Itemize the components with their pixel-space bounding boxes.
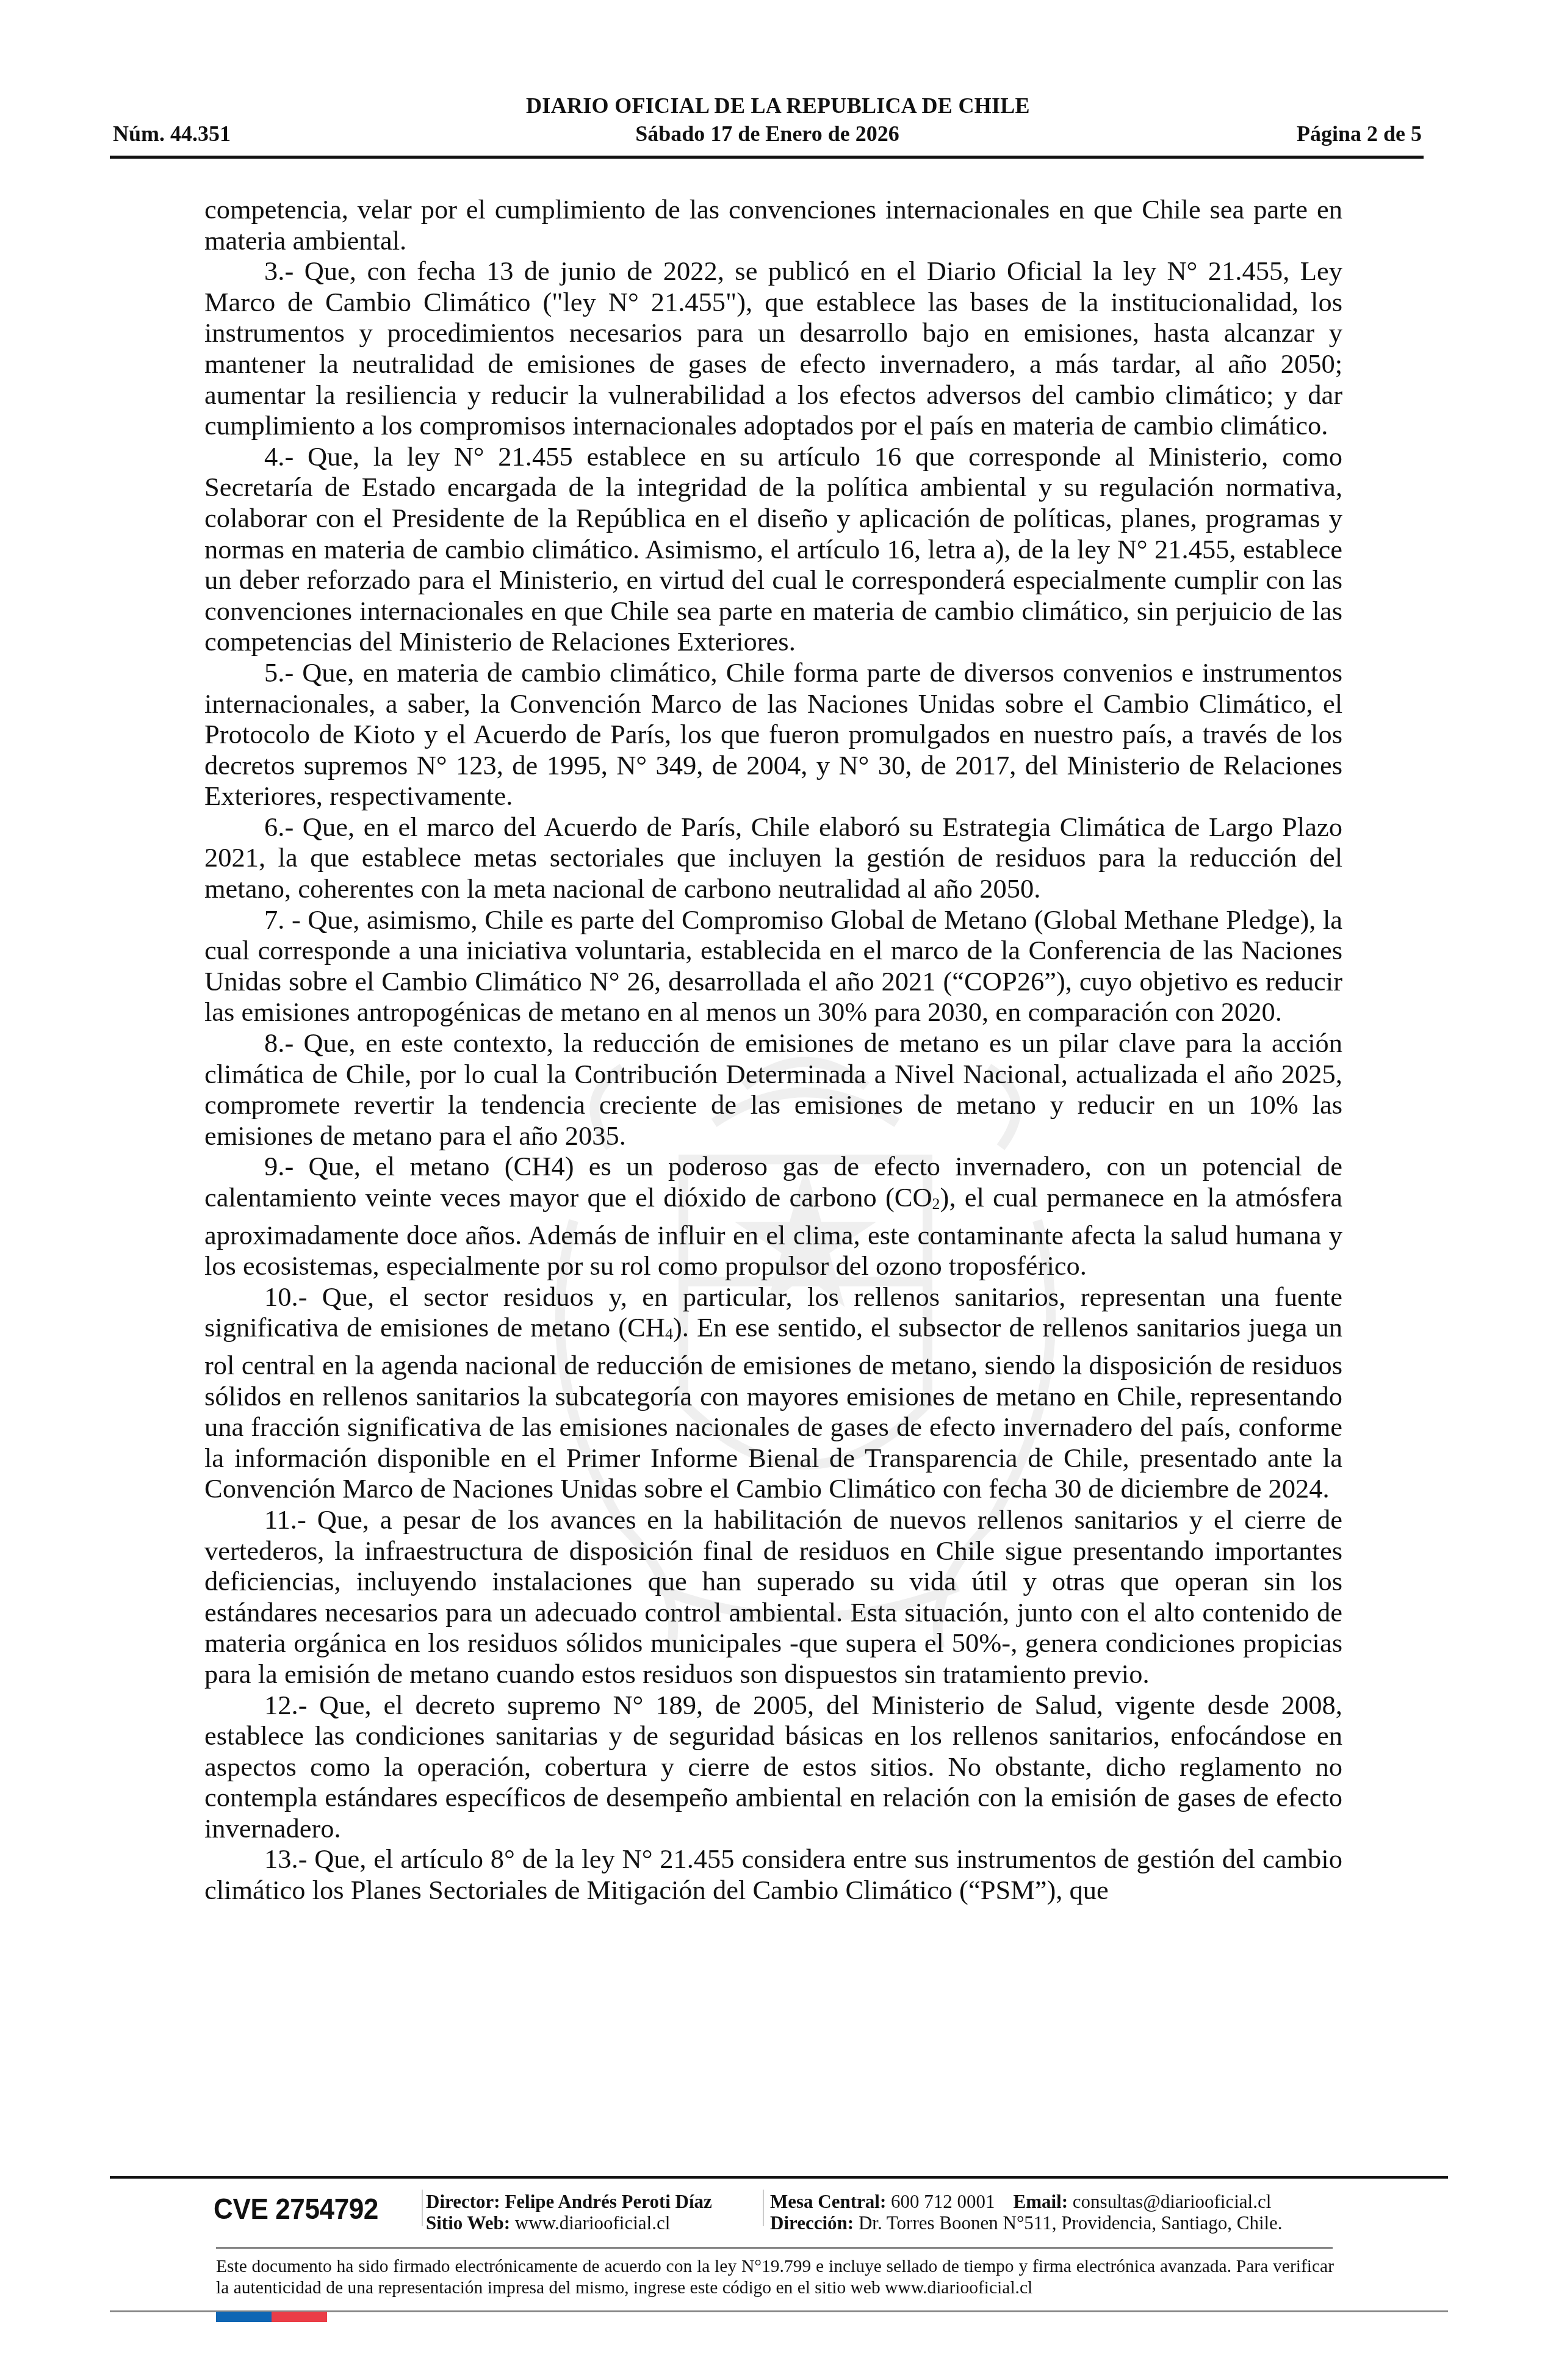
paragraph-7: 7. - Que, asimismo, Chile es parte del C… [204,904,1342,1028]
paragraph-11: 11.- Que, a pesar de los avances en la h… [204,1504,1342,1690]
paragraph-6: 6.- Que, en el marco del Acuerdo de Parí… [204,812,1342,904]
document-body: competencia, velar por el cumplimiento d… [204,194,1342,1906]
address-value: Dr. Torres Boonen N°511, Providencia, Sa… [859,2212,1283,2234]
paragraph-8: 8.- Que, en este contexto, la reducción … [204,1028,1342,1151]
footer-top-divider [110,2176,1448,2179]
paragraph-3: 3.- Que, con fecha 13 de junio de 2022, … [204,256,1342,441]
subscript: 4 [665,1325,673,1343]
paragraph-12: 12.- Que, el decreto supremo N° 189, de … [204,1690,1342,1844]
paragraph-10: 10.- Que, el sector residuos y, en parti… [204,1282,1342,1504]
email-link[interactable]: consultas@diariooficial.cl [1073,2191,1272,2212]
phone-number: 600 712 0001 [891,2191,995,2212]
footer-mid-divider [216,2247,1333,2249]
footer-contact-block: Mesa Central: 600 712 0001Email: consult… [770,2191,1283,2234]
header-divider [110,156,1424,159]
paragraph-13: 13.- Que, el artículo 8° de la ley N° 21… [204,1844,1342,1905]
footer-separator [763,2190,764,2226]
flag-bar-blue [216,2312,272,2322]
signature-disclaimer: Este documento ha sido firmado electróni… [216,2256,1334,2299]
paragraph-continued: competencia, velar por el cumplimiento d… [204,194,1342,256]
address-label: Dirección: [770,2212,854,2234]
footer-director-block: Director: Felipe Andrés Peroti Díaz Siti… [426,2191,712,2234]
flag-bar-red [272,2312,327,2322]
paragraph-5: 5.- Que, en materia de cambio climático,… [204,657,1342,812]
director-name: Felipe Andrés Peroti Díaz [505,2191,712,2212]
paragraph-4: 4.- Que, la ley N° 21.455 establece en s… [204,441,1342,657]
footer-separator [422,2190,423,2226]
phone-label: Mesa Central: [770,2191,886,2212]
website-link[interactable]: www.diariooficial.cl [515,2212,671,2234]
subscript: 2 [932,1195,940,1213]
paragraph-9: 9.- Que, el metano (CH4) es un poderoso … [204,1151,1342,1281]
email-label: Email: [1014,2191,1068,2212]
page-indicator: Página 2 de 5 [1297,121,1422,146]
website-label: Sitio Web: [426,2212,510,2234]
issue-date: Sábado 17 de Enero de 2026 [113,121,1422,146]
header-row: Núm. 44.351 Sábado 17 de Enero de 2026 P… [113,121,1422,148]
director-label: Director: [426,2191,500,2212]
newspaper-title: DIARIO OFICIAL DE LA REPUBLICA DE CHILE [0,93,1556,118]
cve-code: CVE 2754792 [214,2193,378,2226]
